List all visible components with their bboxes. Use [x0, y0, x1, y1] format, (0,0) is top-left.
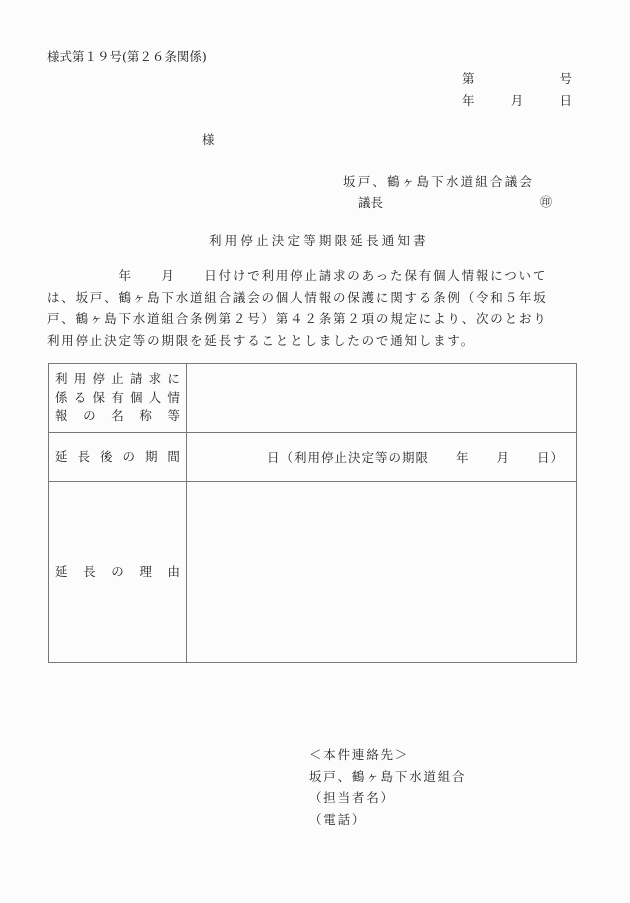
- document-number-prefix: 第: [462, 69, 475, 91]
- body-line: は、坂戸、鶴ヶ島下水道組合議会の個人情報の保護に関する条例（令和５年坂: [47, 287, 582, 309]
- document-number-block: 第 号 年 月 日: [462, 69, 572, 113]
- body-line: 年 月 日付けで利用停止請求のあった保有個人情報について: [47, 265, 582, 287]
- date-month: 月: [511, 91, 524, 113]
- label-line: 係る保有個人情: [55, 389, 180, 408]
- document-number-suffix: 号: [559, 69, 572, 91]
- contact-person: （担当者名）: [309, 787, 466, 809]
- issue-date: 年 月 日: [462, 91, 572, 113]
- seal-icon: ㊞: [540, 193, 552, 210]
- label-extension-reason: 延長の理由: [49, 482, 187, 663]
- table-row-information-name: 利用停止請求に 係る保有個人情 報の名称等: [49, 364, 577, 433]
- date-day: 日: [559, 91, 572, 113]
- contact-phone: （電話）: [309, 809, 466, 831]
- date-year: 年: [462, 91, 475, 113]
- body-line: 利用停止決定等の期限を延長することとしましたので通知します。: [47, 330, 582, 352]
- value-extension-reason[interactable]: [187, 482, 577, 663]
- value-information-name[interactable]: [187, 364, 577, 433]
- value-extended-period[interactable]: 日（利用停止決定等の期限 年 月 日）: [187, 433, 577, 482]
- label-extended-period: 延長後の期間: [49, 433, 187, 482]
- label-line: 報の名称等: [55, 407, 180, 426]
- contact-heading: ＜本件連絡先＞: [309, 744, 466, 766]
- document-number: 第 号: [462, 69, 572, 91]
- issuer-title: 議長: [358, 193, 383, 211]
- table-row-extension-reason: 延長の理由: [49, 482, 577, 663]
- contact-block: ＜本件連絡先＞ 坂戸、鶴ヶ島下水道組合 （担当者名） （電話）: [309, 744, 466, 830]
- label-information-name: 利用停止請求に 係る保有個人情 報の名称等: [49, 364, 187, 433]
- issuer-organization: 坂戸、鶴ヶ島下水道組合議会: [343, 172, 534, 190]
- extension-details-table: 利用停止請求に 係る保有個人情 報の名称等 延長後の期間 日（利用停止決定等の期…: [48, 363, 577, 663]
- table-row-extended-period: 延長後の期間 日（利用停止決定等の期限 年 月 日）: [49, 433, 577, 482]
- label-line: 延長の理由: [55, 563, 180, 582]
- form-number: 様式第１９号(第２６条関係): [47, 47, 207, 65]
- label-line: 延長後の期間: [55, 448, 180, 467]
- addressee-honorific: 様: [202, 130, 215, 148]
- contact-organization: 坂戸、鶴ヶ島下水道組合: [309, 766, 466, 788]
- body-text: 年 月 日付けで利用停止請求のあった保有個人情報について は、坂戸、鶴ヶ島下水道…: [47, 265, 582, 351]
- label-line: 利用停止請求に: [55, 370, 180, 389]
- body-line: 戸、鶴ヶ島下水道組合条例第２号）第４２条第２項の規定により、次のとおり: [47, 308, 582, 330]
- document-title: 利用停止決定等期限延長通知書: [209, 231, 429, 249]
